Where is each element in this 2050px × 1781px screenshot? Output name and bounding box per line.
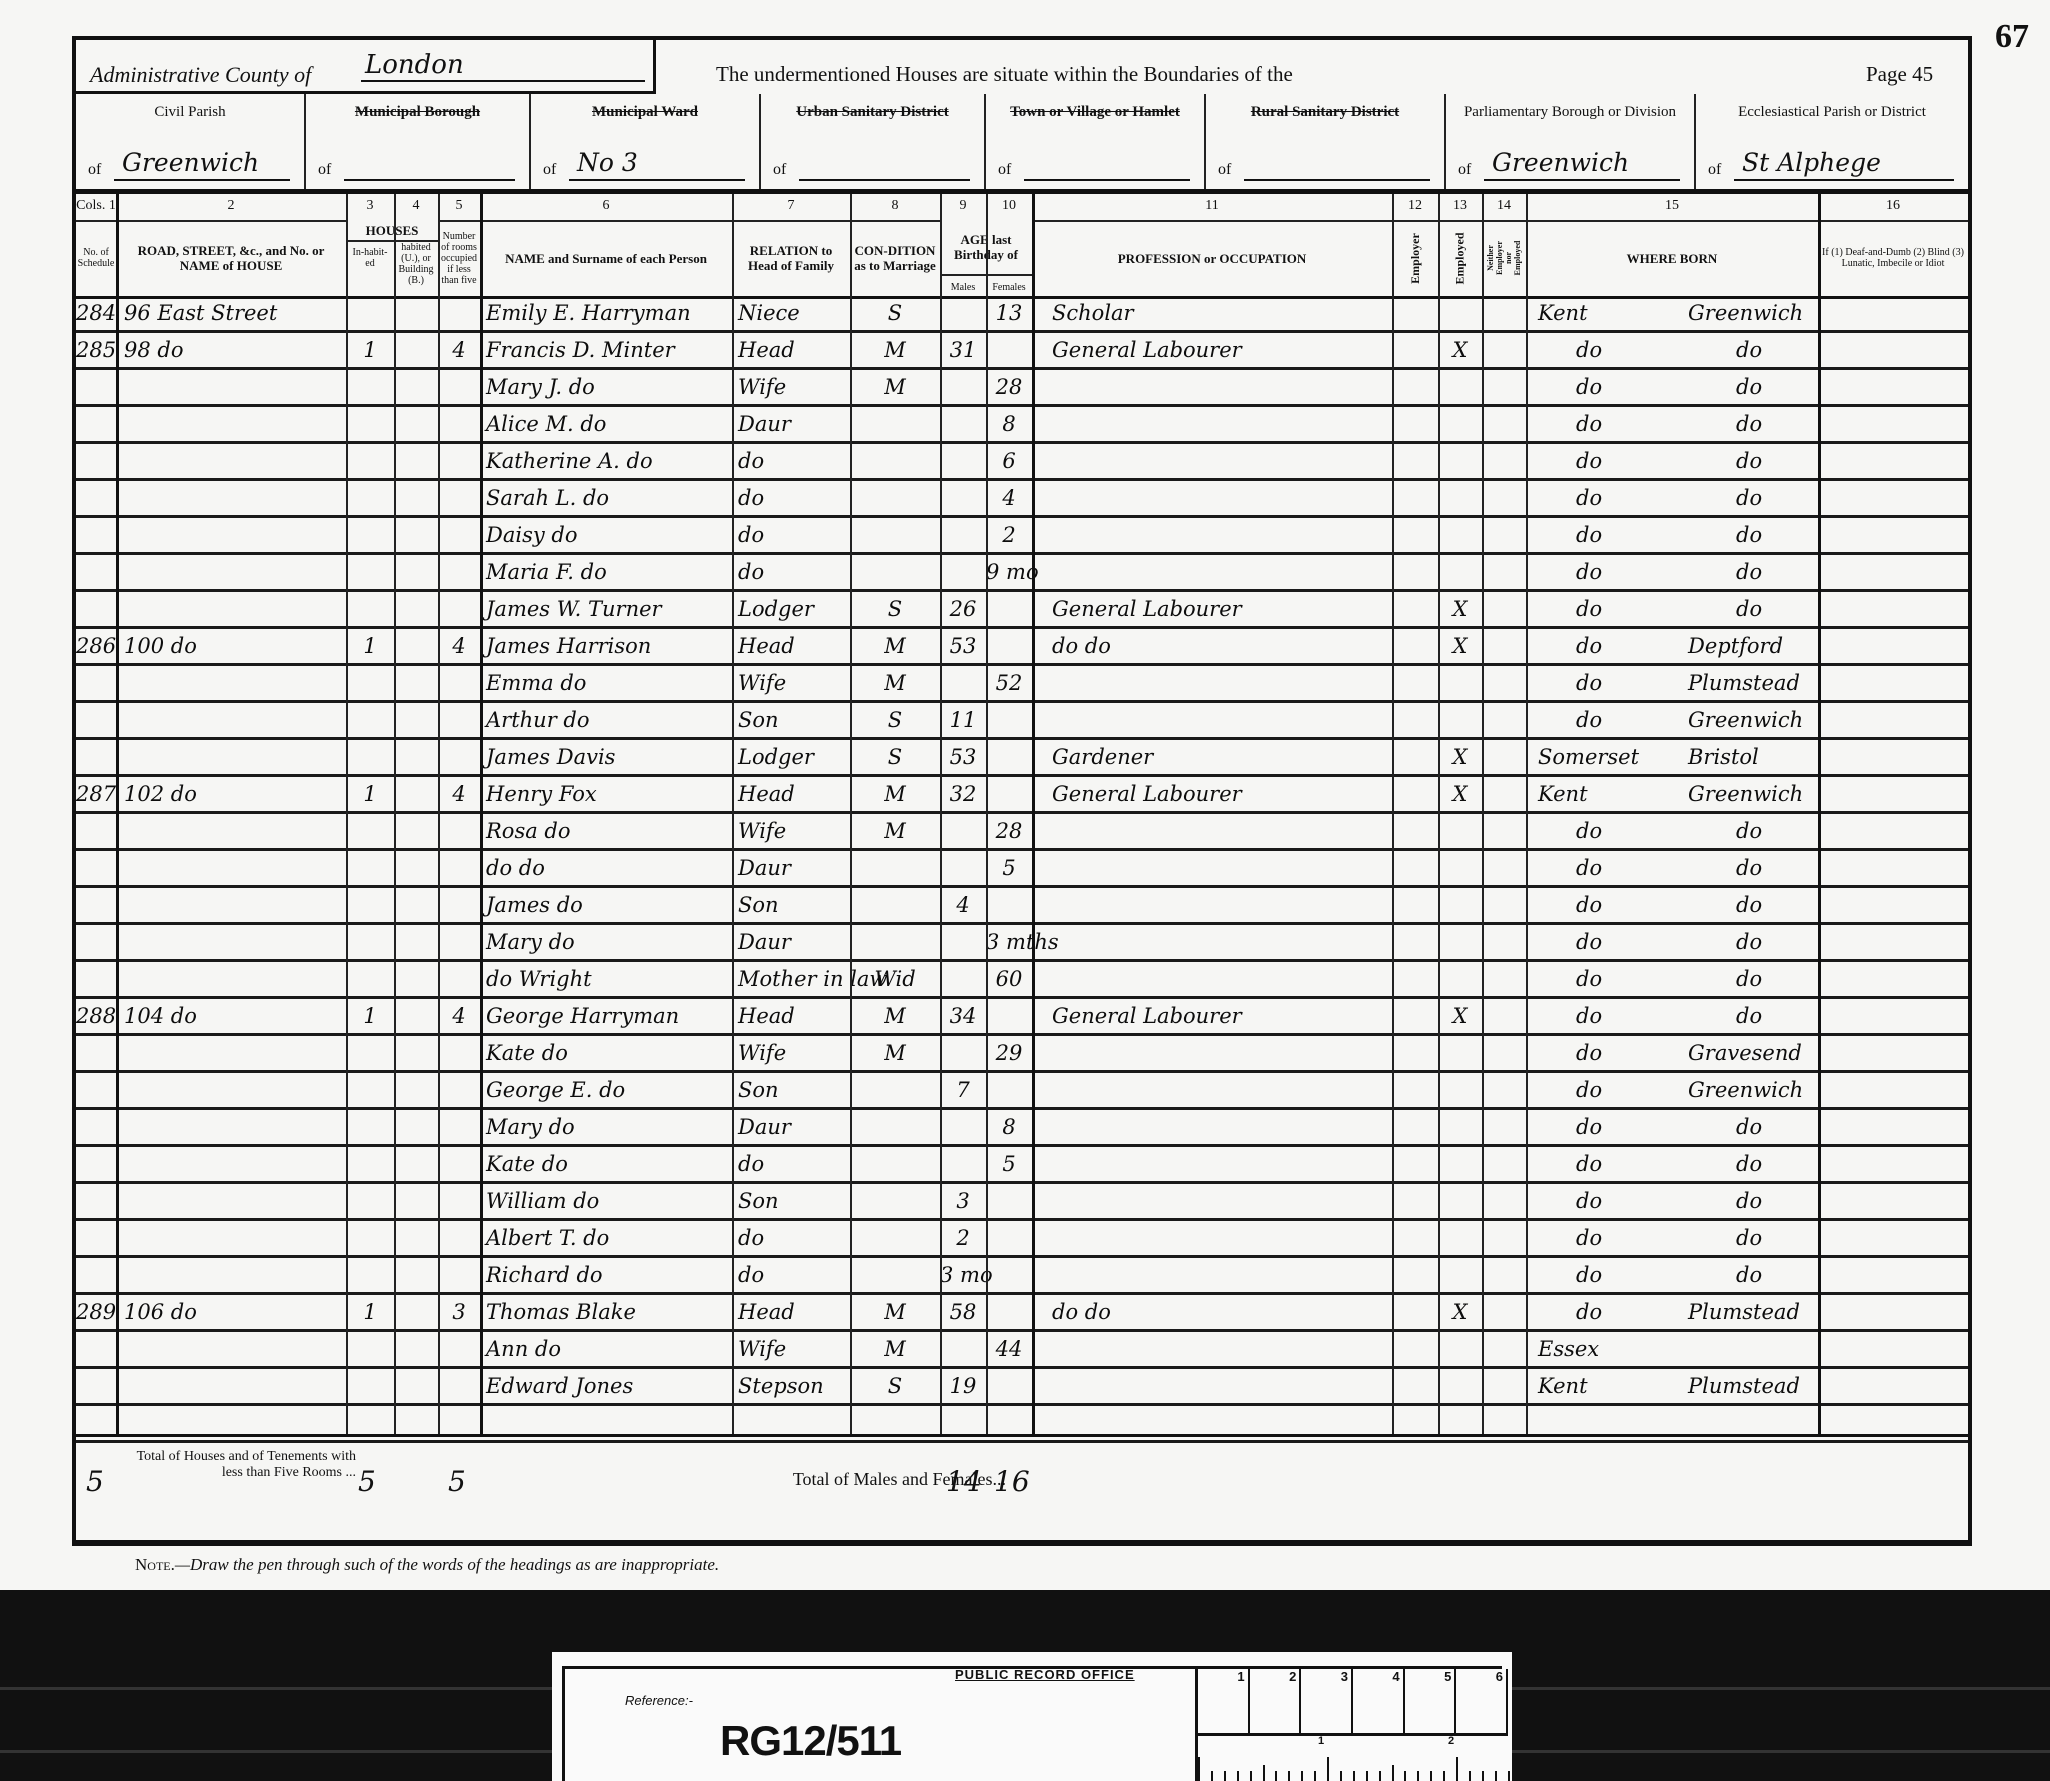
cell-born-place: Gravesend	[1688, 1036, 1802, 1070]
column-header-name: NAME and Surname of each Person	[480, 220, 732, 296]
reference-value: RG12/511	[720, 1717, 901, 1765]
cell-female-age	[986, 1184, 1032, 1218]
area-cell: Urban Sanitary Districtof	[761, 94, 986, 189]
cell-male-age: 19	[940, 1369, 986, 1403]
cell-employed	[1438, 888, 1482, 922]
cell-name: James Davis	[486, 740, 615, 774]
cell-born-place: Plumstead	[1688, 1295, 1800, 1329]
cell-born-county: Kent	[1538, 296, 1588, 330]
cell-inhabited	[346, 1332, 394, 1366]
cell-male-age	[940, 444, 986, 478]
cell-address: 104 do	[124, 999, 197, 1033]
cell-condition: M	[850, 999, 940, 1033]
cell-born-place: Greenwich	[1688, 1073, 1803, 1107]
cell-employed	[1438, 1110, 1482, 1144]
table-row: Richard dodo3 mododo	[76, 1258, 1968, 1295]
scale-tick	[1430, 1771, 1432, 1781]
cell-inhabited	[346, 592, 394, 626]
cell-relation: do	[738, 444, 764, 478]
cell-name: George Harryman	[486, 999, 679, 1033]
footnote-text: —Draw the pen through such of the words …	[175, 1555, 719, 1574]
scale-tick	[1353, 1771, 1355, 1781]
cell-condition	[850, 1258, 940, 1292]
cell-born-county: do	[1576, 1221, 1602, 1255]
cell-relation: Head	[738, 333, 795, 367]
area-cell: Municipal WardofNo 3	[531, 94, 761, 189]
cell-name: do do	[486, 851, 545, 885]
cell-female-age: 5	[986, 1147, 1032, 1181]
cell-relation: Wife	[738, 1332, 786, 1366]
column-number: 15	[1526, 198, 1818, 214]
cell-inhabited	[346, 1147, 394, 1181]
column-header-neither: Neither Employer nor Employed	[1482, 220, 1526, 296]
area-caption: Municipal Borough	[306, 104, 529, 121]
cell-condition: M	[850, 1332, 940, 1366]
cell-female-age	[986, 1369, 1032, 1403]
area-prefix: of	[88, 161, 101, 179]
cell-schedule	[76, 1184, 116, 1218]
column-number: 3	[346, 198, 394, 214]
cell-born-place: do	[1736, 888, 1762, 922]
cell-schedule	[76, 814, 116, 848]
cell-employed	[1438, 851, 1482, 885]
cell-male-age: 53	[940, 740, 986, 774]
cell-employed: X	[1438, 1295, 1482, 1329]
cell-occupation: General Labourer	[1052, 333, 1242, 367]
cell-born-place: do	[1736, 925, 1762, 959]
cell-male-age	[940, 1110, 986, 1144]
cell-born-place: Greenwich	[1688, 777, 1803, 811]
cell-relation: do	[738, 1221, 764, 1255]
cell-schedule	[76, 481, 116, 515]
cell-born-place: Greenwich	[1688, 703, 1803, 737]
table-row: Rosa doWifeM28dodo	[76, 814, 1968, 851]
cell-female-age	[986, 740, 1032, 774]
cell-rooms	[438, 518, 480, 552]
cell-born-county: do	[1576, 1184, 1602, 1218]
cell-male-age	[940, 666, 986, 700]
total-males: 14	[946, 1465, 982, 1498]
cell-condition	[850, 518, 940, 552]
cell-born-county: do	[1576, 592, 1602, 626]
area-caption: Civil Parish	[76, 104, 304, 121]
table-row: James W. TurnerLodgerS26General Labourer…	[76, 592, 1968, 629]
cell-male-age: 2	[940, 1221, 986, 1255]
county-box: Administrative County of London	[76, 40, 656, 94]
scale-tick	[1508, 1771, 1510, 1781]
cell-inhabited	[346, 481, 394, 515]
cell-rooms: 4	[438, 629, 480, 663]
cell-born-county: do	[1576, 962, 1602, 996]
cell-relation: do	[738, 481, 764, 515]
cell-rooms	[438, 444, 480, 478]
scale-tick	[1340, 1771, 1342, 1781]
cell-schedule	[76, 703, 116, 737]
cell-inhabited: 1	[346, 999, 394, 1033]
scale-label: 2	[1448, 1735, 1454, 1747]
table-row: 288104 do14George HarrymanHeadM34General…	[76, 999, 1968, 1036]
cell-condition	[850, 555, 940, 589]
cell-schedule	[76, 925, 116, 959]
cell-schedule	[76, 851, 116, 885]
column-header-address: ROAD, STREET, &c., and No. or NAME of HO…	[116, 220, 346, 296]
cell-schedule	[76, 518, 116, 552]
cell-male-age: 4	[940, 888, 986, 922]
cell-male-age	[940, 851, 986, 885]
cell-rooms	[438, 740, 480, 774]
cell-female-age: 44	[986, 1332, 1032, 1366]
cell-rooms	[438, 666, 480, 700]
cell-schedule	[76, 962, 116, 996]
census-table: Cols. 12345678910111213141516 No. of Sch…	[76, 194, 1968, 1544]
area-prefix: of	[1708, 161, 1721, 179]
scale-tick	[1379, 1771, 1381, 1781]
cell-male-age	[940, 407, 986, 441]
cell-employed: X	[1438, 333, 1482, 367]
cell-schedule	[76, 1369, 116, 1403]
column-number: 12	[1392, 198, 1438, 214]
cell-condition: M	[850, 370, 940, 404]
cell-inhabited	[346, 296, 394, 330]
cell-employed	[1438, 666, 1482, 700]
column-divider	[940, 194, 942, 1434]
cell-female-age: 60	[986, 962, 1032, 996]
area-caption: Town or Village or Hamlet	[986, 104, 1204, 121]
cell-inhabited	[346, 740, 394, 774]
area-caption: Urban Sanitary District	[761, 104, 984, 121]
cell-inhabited: 1	[346, 777, 394, 811]
cell-male-age	[940, 481, 986, 515]
cell-name: Katherine A. do	[486, 444, 653, 478]
cell-condition: S	[850, 703, 940, 737]
scale-tick	[1327, 1757, 1329, 1781]
cell-born-county: do	[1576, 518, 1602, 552]
cell-born-place: Greenwich	[1688, 296, 1803, 330]
cell-born-county: Essex	[1538, 1332, 1599, 1366]
cell-born-place: do	[1736, 518, 1762, 552]
table-row: 28496 East StreetEmily E. HarrymanNieceS…	[76, 296, 1968, 333]
column-divider	[1526, 194, 1528, 1434]
cell-born-place: do	[1736, 370, 1762, 404]
cell-schedule	[76, 1073, 116, 1107]
area-caption: Municipal Ward	[531, 104, 759, 121]
scale-tick	[1417, 1771, 1419, 1781]
cell-male-age	[940, 962, 986, 996]
cell-male-age	[940, 296, 986, 330]
table-row: Arthur doSonS11doGreenwich	[76, 703, 1968, 740]
scale-tick	[1250, 1771, 1252, 1781]
cell-condition: M	[850, 629, 940, 663]
scale-mark: 2	[1250, 1669, 1302, 1733]
cell-rooms	[438, 1369, 480, 1403]
cell-name: Ann do	[486, 1332, 561, 1366]
cell-employed	[1438, 925, 1482, 959]
area-value	[344, 147, 515, 181]
cell-condition: M	[850, 333, 940, 367]
boundaries-text: The undermentioned Houses are situate wi…	[716, 62, 1293, 87]
cell-male-age: 34	[940, 999, 986, 1033]
scale-mark: 6	[1456, 1669, 1508, 1733]
cell-male-age	[940, 925, 986, 959]
cell-employed: X	[1438, 999, 1482, 1033]
table-row: Mary doDaur8dodo	[76, 1110, 1968, 1147]
table-row: Maria F. dodo9 mododo	[76, 555, 1968, 592]
table-row: Kate doWifeM29doGravesend	[76, 1036, 1968, 1073]
cell-born-place: do	[1736, 999, 1762, 1033]
cell-born-county: do	[1576, 1258, 1602, 1292]
column-number: 2	[116, 198, 346, 214]
scale-tick	[1404, 1771, 1406, 1781]
column-header-condition: CON-DITION as to Marriage	[850, 220, 940, 296]
reference-card: PUBLIC RECORD OFFICE Reference:- RG12/51…	[552, 1652, 1512, 1781]
cell-rooms	[438, 555, 480, 589]
total-females: 16	[994, 1465, 1030, 1498]
cell-male-age: 26	[940, 592, 986, 626]
column-number: 5	[438, 198, 480, 214]
cell-relation: Daur	[738, 925, 791, 959]
cell-born-place: do	[1736, 444, 1762, 478]
area-value: St Alphege	[1734, 147, 1954, 181]
cell-born-place: do	[1736, 962, 1762, 996]
cell-female-age	[986, 629, 1032, 663]
cell-inhabited	[346, 1110, 394, 1144]
column-number: 10	[986, 198, 1032, 214]
cell-relation: do	[738, 518, 764, 552]
cell-female-age: 13	[986, 296, 1032, 330]
table-row: Emma doWifeM52doPlumstead	[76, 666, 1968, 703]
cell-relation: do	[738, 1258, 764, 1292]
cell-born-county: do	[1576, 444, 1602, 478]
cell-inhabited: 1	[346, 1295, 394, 1329]
scale-label: 1	[1318, 1735, 1324, 1747]
area-cell: Parliamentary Borough or DivisionofGreen…	[1446, 94, 1696, 189]
cell-female-age: 28	[986, 814, 1032, 848]
cell-name: Rosa do	[486, 814, 571, 848]
table-row: George E. doSon7doGreenwich	[76, 1073, 1968, 1110]
county-value: London	[361, 50, 645, 82]
area-header-row: Civil ParishofGreenwichMunicipal Borough…	[76, 94, 1968, 194]
cell-name: Emily E. Harryman	[486, 296, 691, 330]
table-row: Ann doWifeM44Essex	[76, 1332, 1968, 1369]
cell-condition	[850, 1147, 940, 1181]
cell-occupation: Gardener	[1052, 740, 1153, 774]
column-number: 6	[480, 198, 732, 214]
cell-condition: S	[850, 296, 940, 330]
scale-tick	[1314, 1771, 1316, 1781]
column-divider	[438, 194, 440, 1434]
cell-relation: Daur	[738, 851, 791, 885]
cell-female-age	[986, 333, 1032, 367]
cell-occupation: General Labourer	[1052, 999, 1242, 1033]
area-cell: Civil ParishofGreenwich	[76, 94, 306, 189]
cell-inhabited: 1	[346, 629, 394, 663]
cell-born-county: do	[1576, 1036, 1602, 1070]
cell-name: Sarah L. do	[486, 481, 609, 515]
cell-schedule: 287	[76, 777, 116, 811]
cell-born-place: do	[1736, 481, 1762, 515]
cell-inhabited	[346, 1221, 394, 1255]
cell-inhabited	[346, 1073, 394, 1107]
column-header-text: Employer	[1408, 233, 1423, 284]
cell-relation: Wife	[738, 666, 786, 700]
cell-male-age	[940, 814, 986, 848]
cell-address: 106 do	[124, 1295, 197, 1329]
cell-name: do Wright	[486, 962, 592, 996]
cell-inhabited	[346, 962, 394, 996]
scale-tick	[1482, 1771, 1484, 1781]
cell-female-age: 6	[986, 444, 1032, 478]
column-divider	[116, 194, 119, 1434]
cell-employed	[1438, 296, 1482, 330]
cell-female-age	[986, 1258, 1032, 1292]
cell-employed	[1438, 1147, 1482, 1181]
cell-condition: S	[850, 740, 940, 774]
cell-condition	[850, 925, 940, 959]
column-number: 13	[1438, 198, 1482, 214]
cell-born-place: Bristol	[1688, 740, 1759, 774]
cell-condition: S	[850, 1369, 940, 1403]
area-caption: Parliamentary Borough or Division	[1446, 104, 1694, 121]
scale-tick	[1301, 1771, 1303, 1781]
column-number: 7	[732, 198, 850, 214]
column-header-rooms: Number of rooms occupied if less than fi…	[438, 220, 480, 296]
cell-born-county: do	[1576, 703, 1602, 737]
table-row: Alice M. doDaur8dodo	[76, 407, 1968, 444]
cell-male-age	[940, 555, 986, 589]
scale-tick	[1456, 1757, 1458, 1781]
cell-relation: Wife	[738, 814, 786, 848]
page-label: Page 45	[1866, 62, 1933, 87]
cell-relation: Son	[738, 888, 779, 922]
footnote-lead: Note.	[135, 1555, 175, 1574]
table-row: Mary doDaur3 mthsdodo	[76, 925, 1968, 962]
column-divider	[346, 194, 348, 1434]
scale-ruler-bottom: 12	[1195, 1733, 1508, 1781]
cell-rooms	[438, 1110, 480, 1144]
cell-name: Emma do	[486, 666, 586, 700]
table-row: 286100 do14James HarrisonHeadM53do doXdo…	[76, 629, 1968, 666]
cell-employed: X	[1438, 740, 1482, 774]
cell-schedule	[76, 740, 116, 774]
cell-condition: Wid	[850, 962, 940, 996]
cell-rooms	[438, 888, 480, 922]
table-body: 28496 East StreetEmily E. HarrymanNieceS…	[76, 296, 1968, 1416]
cell-rooms	[438, 592, 480, 626]
column-header-occupation: PROFESSION or OCCUPATION	[1032, 220, 1392, 296]
cell-rooms	[438, 925, 480, 959]
cell-female-age: 29	[986, 1036, 1032, 1070]
table-row: Kate dodo5dodo	[76, 1147, 1968, 1184]
scale-tick	[1237, 1771, 1239, 1781]
area-value: Greenwich	[114, 147, 290, 181]
cell-employed	[1438, 703, 1482, 737]
scale-tick	[1263, 1765, 1265, 1781]
area-value: No 3	[569, 147, 745, 181]
cell-condition	[850, 407, 940, 441]
cell-rooms	[438, 1073, 480, 1107]
cell-born-county: do	[1576, 888, 1602, 922]
cell-born-place: do	[1736, 407, 1762, 441]
cell-address: 98 do	[124, 333, 183, 367]
scale-tick	[1275, 1771, 1277, 1781]
table-row: Albert T. dodo2dodo	[76, 1221, 1968, 1258]
cell-schedule: 289	[76, 1295, 116, 1329]
cell-rooms	[438, 703, 480, 737]
cell-female-age	[986, 1221, 1032, 1255]
cell-name: Richard do	[486, 1258, 603, 1292]
cell-relation: Head	[738, 1295, 795, 1329]
cell-female-age: 8	[986, 407, 1032, 441]
cell-schedule	[76, 1221, 116, 1255]
cell-employed	[1438, 1036, 1482, 1070]
cell-female-age	[986, 592, 1032, 626]
cell-relation: Head	[738, 777, 795, 811]
column-divider	[986, 194, 988, 1434]
cell-rooms	[438, 407, 480, 441]
cell-born-place: do	[1736, 1184, 1762, 1218]
scale-tick	[1443, 1771, 1445, 1781]
cell-born-county: do	[1576, 1147, 1602, 1181]
scale-tick	[1392, 1765, 1394, 1781]
cell-inhabited	[346, 555, 394, 589]
table-row: 28598 do14Francis D. MinterHeadM31Genera…	[76, 333, 1968, 370]
cell-condition	[850, 1184, 940, 1218]
area-value: Greenwich	[1484, 147, 1680, 181]
cell-schedule: 286	[76, 629, 116, 663]
column-divider	[1392, 194, 1394, 1434]
cell-occupation: Scholar	[1052, 296, 1134, 330]
cell-condition	[850, 888, 940, 922]
table-row: Sarah L. dodo4dodo	[76, 481, 1968, 518]
area-prefix: of	[318, 161, 331, 179]
scale-tick	[1366, 1771, 1368, 1781]
cell-male-age	[940, 1147, 986, 1181]
cell-relation: Lodger	[738, 592, 814, 626]
table-row: Edward JonesStepsonS19KentPlumstead	[76, 1369, 1968, 1406]
cell-schedule	[76, 407, 116, 441]
column-number: 14	[1482, 198, 1526, 214]
cell-inhabited	[346, 1036, 394, 1070]
cell-born-place: do	[1736, 814, 1762, 848]
cell-female-age: 9 mo	[986, 555, 1032, 589]
table-row: do doDaur5dodo	[76, 851, 1968, 888]
scale-mark: 4	[1353, 1669, 1405, 1733]
column-divider	[1818, 194, 1821, 1434]
cell-relation: Wife	[738, 1036, 786, 1070]
cell-employed	[1438, 481, 1482, 515]
cell-male-age: 31	[940, 333, 986, 367]
totals-row: 5 Total of Houses and of Tenements with …	[76, 1434, 1968, 1537]
cell-female-age	[986, 888, 1032, 922]
cell-employed	[1438, 814, 1482, 848]
cell-rooms	[438, 814, 480, 848]
cell-name: Albert T. do	[486, 1221, 609, 1255]
area-cell: Town or Village or Hamletof	[986, 94, 1206, 189]
cell-occupation: General Labourer	[1052, 592, 1242, 626]
cell-name: Daisy do	[486, 518, 577, 552]
cell-schedule: 288	[76, 999, 116, 1033]
cell-condition: M	[850, 666, 940, 700]
cell-rooms: 4	[438, 333, 480, 367]
cell-schedule	[76, 1036, 116, 1070]
cell-rooms: 4	[438, 999, 480, 1033]
cell-inhabited	[346, 925, 394, 959]
cell-born-county: do	[1576, 481, 1602, 515]
cell-employed	[1438, 555, 1482, 589]
cell-name: Francis D. Minter	[486, 333, 675, 367]
cell-condition: M	[850, 1036, 940, 1070]
total-schedules: 5	[86, 1465, 104, 1498]
